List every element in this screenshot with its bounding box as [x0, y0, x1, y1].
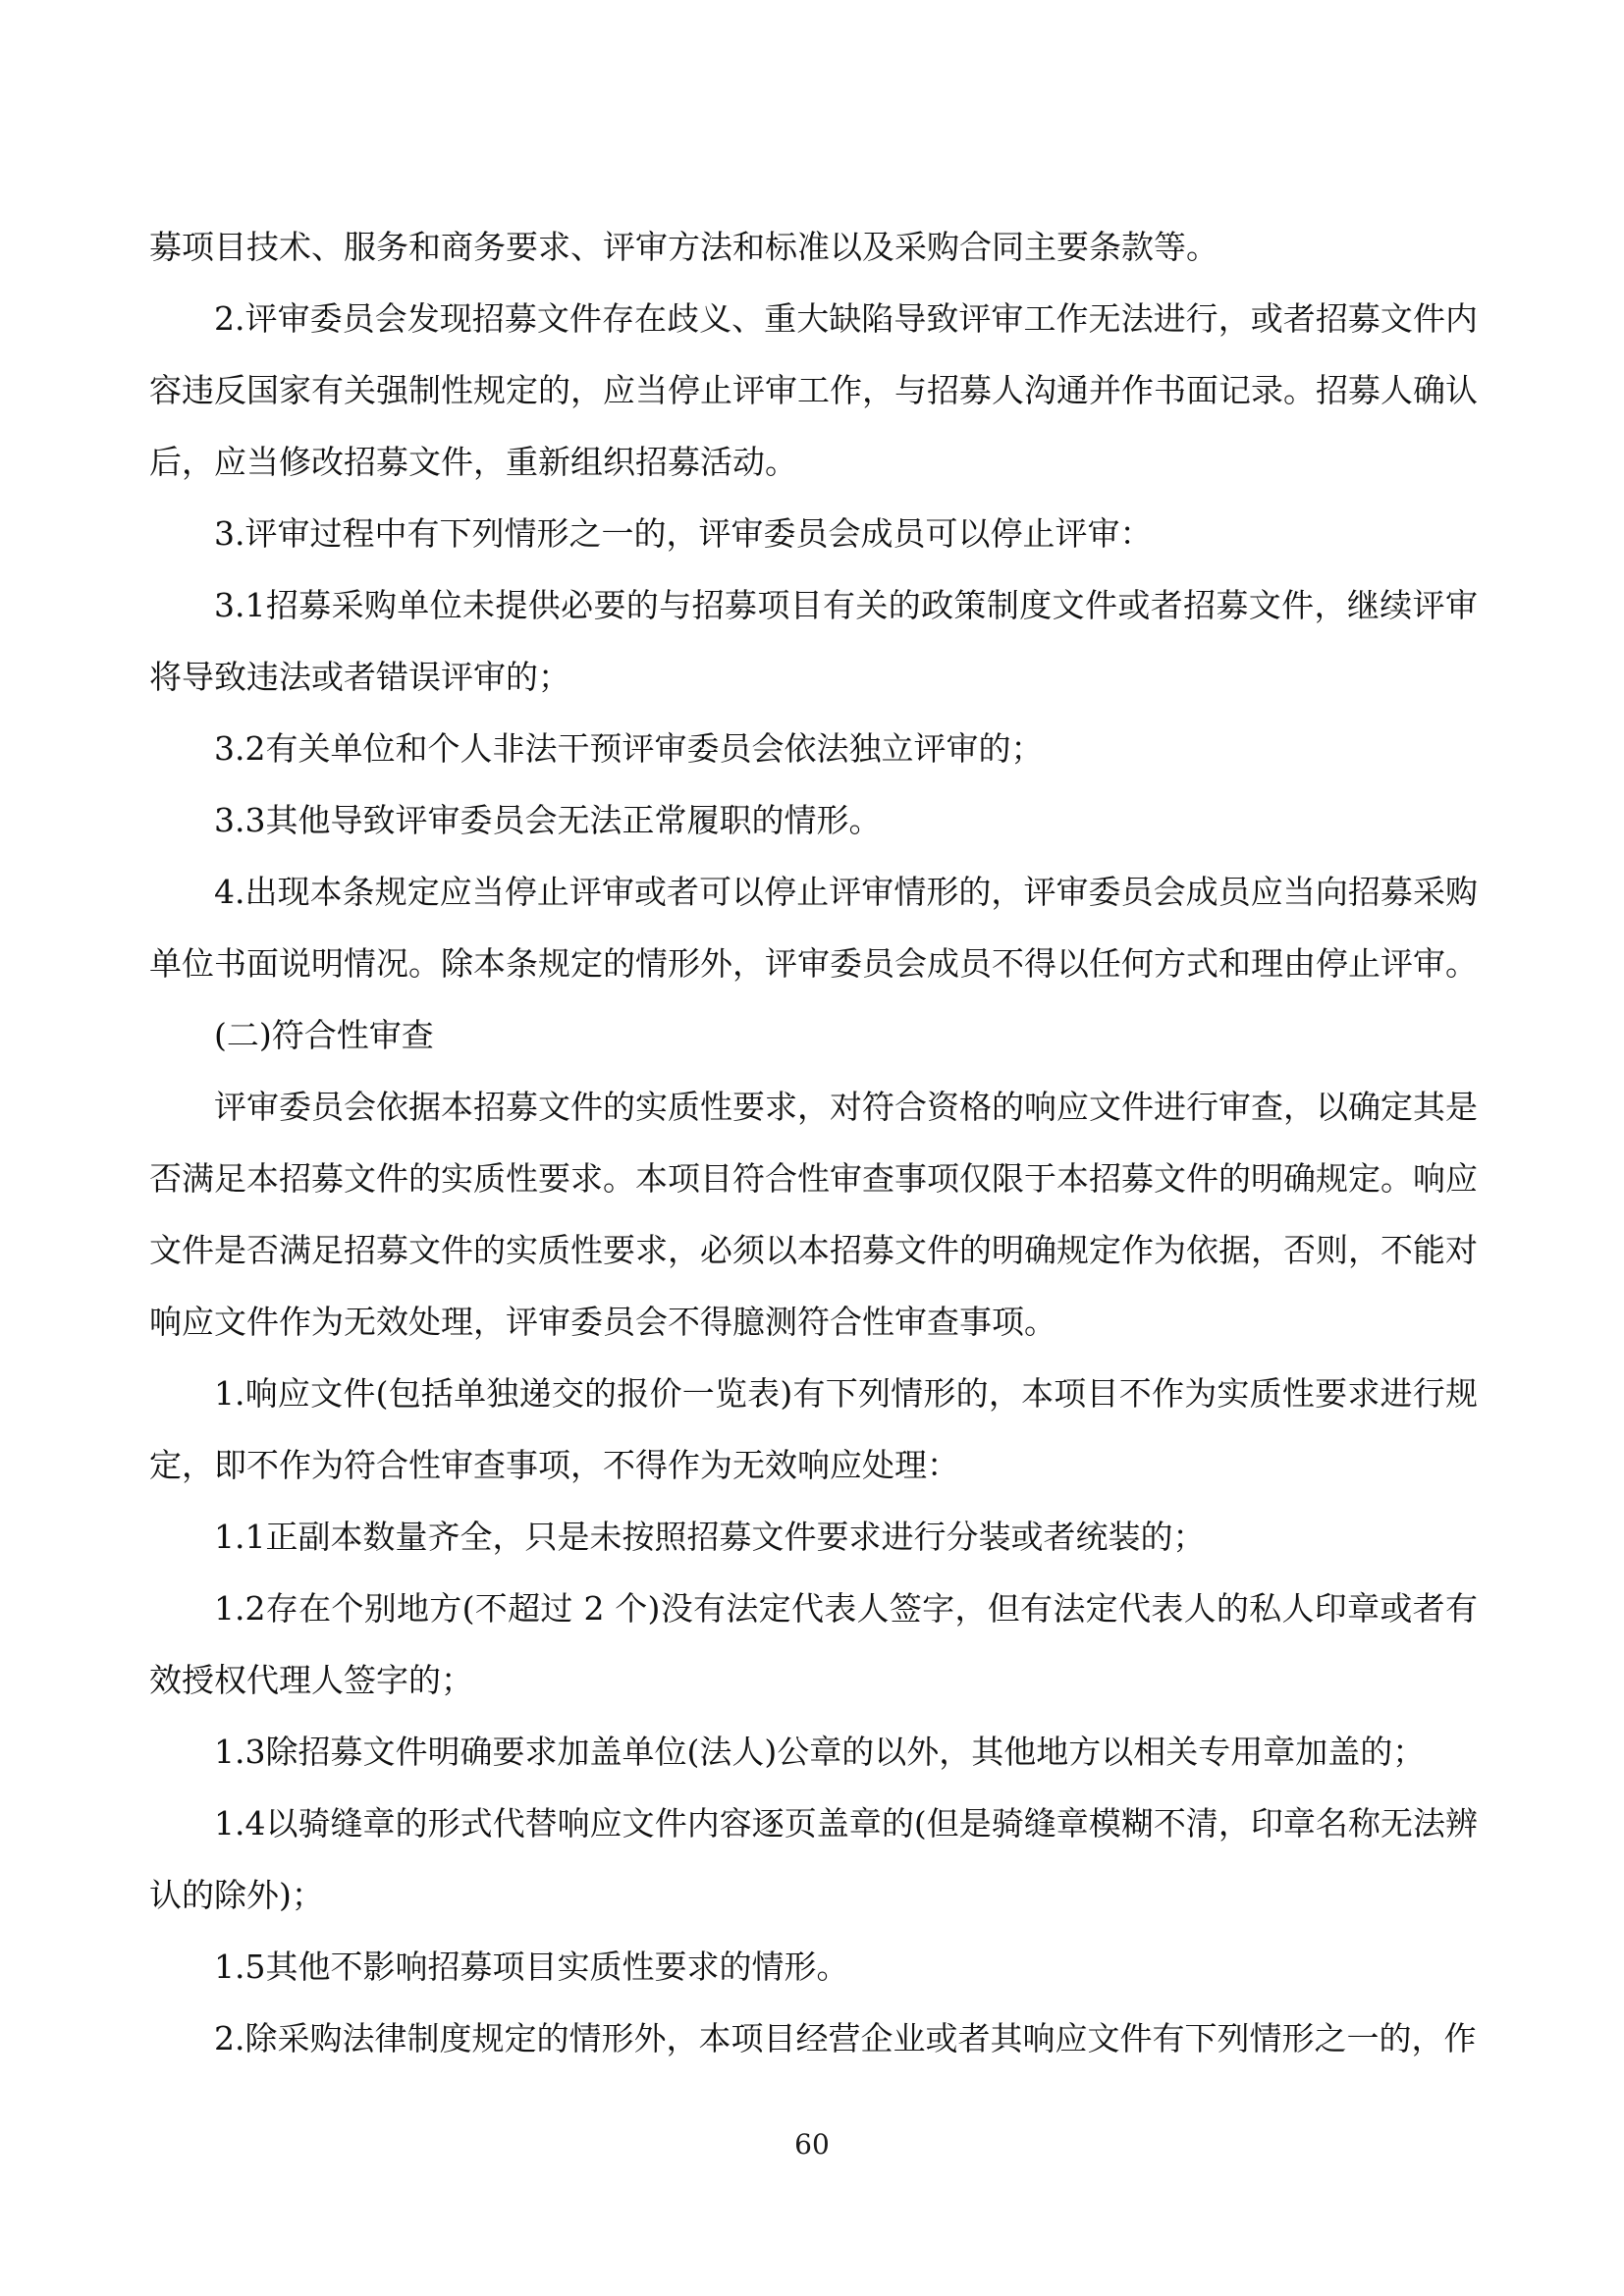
paragraph-item-2: 2.评审委员会发现招募文件存在歧义、重大缺陷导致评审工作无法进行，或者招募文件内… [149, 283, 1478, 498]
paragraph-item-3-2: 3.2有关单位和个人非法干预评审委员会依法独立评审的； [149, 713, 1478, 784]
paragraph-item-1-4: 1.4以骑缝章的形式代替响应文件内容逐页盖章的(但是骑缝章模糊不清，印章名称无法… [149, 1788, 1478, 1931]
page-number: 60 [0, 2125, 1624, 2164]
paragraph-item-1-2: 1.2存在个别地方(不超过 2 个)没有法定代表人签字，但有法定代表人的私人印章… [149, 1573, 1478, 1716]
paragraph-item-3-1: 3.1招募采购单位未提供必要的与招募项目有关的政策制度文件或者招募文件，继续评审… [149, 569, 1478, 713]
document-page: 募项目技术、服务和商务要求、评审方法和标准以及采购合同主要条款等。 2.评审委员… [0, 0, 1624, 2296]
paragraph-item-3: 3.评审过程中有下列情形之一的，评审委员会成员可以停止评审： [149, 498, 1478, 569]
paragraph-item-3-3: 3.3其他导致评审委员会无法正常履职的情形。 [149, 784, 1478, 856]
paragraph-item-1-3: 1.3除招募文件明确要求加盖单位(法人)公章的以外，其他地方以相关专用章加盖的； [149, 1716, 1478, 1788]
paragraph-compliance-intro: 评审委员会依据本招募文件的实质性要求，对符合资格的响应文件进行审查，以确定其是否… [149, 1071, 1478, 1358]
paragraph-continuation: 募项目技术、服务和商务要求、评审方法和标准以及采购合同主要条款等。 [149, 211, 1478, 283]
document-body: 募项目技术、服务和商务要求、评审方法和标准以及采购合同主要条款等。 2.评审委员… [149, 211, 1478, 2074]
paragraph-item-1-5: 1.5其他不影响招募项目实质性要求的情形。 [149, 1931, 1478, 2002]
paragraph-item-1-1: 1.1正副本数量齐全，只是未按照招募文件要求进行分装或者统装的； [149, 1501, 1478, 1573]
paragraph-item-4: 4.出现本条规定应当停止评审或者可以停止评审情形的，评审委员会成员应当向招募采购… [149, 856, 1478, 999]
section-heading-compliance-review: (二)符合性审查 [149, 999, 1478, 1071]
paragraph-item-2-invalid-cases: 2.除采购法律制度规定的情形外，本项目经营企业或者其响应文件有下列情形之一的，作 [149, 2002, 1478, 2074]
paragraph-item-1: 1.响应文件(包括单独递交的报价一览表)有下列情形的，本项目不作为实质性要求进行… [149, 1358, 1478, 1501]
